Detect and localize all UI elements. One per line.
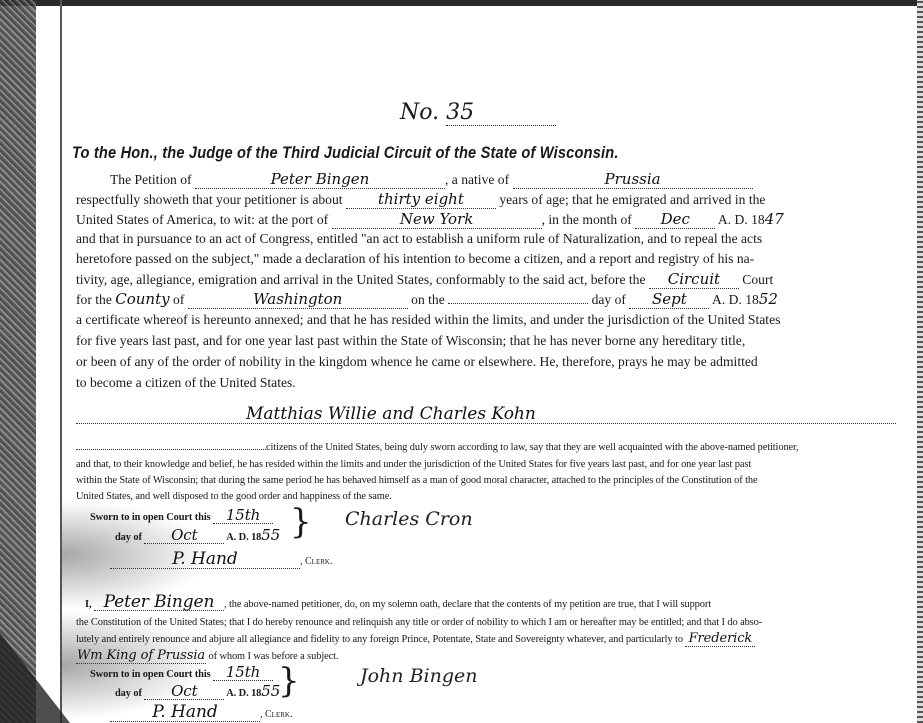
petition-line-3: United States of America, to wit: at the… [76,210,916,229]
scan-left-edge [0,0,36,723]
text: A. D. 18 [226,688,261,699]
text: day of [592,292,626,307]
witness-names-line: Matthias Willie and Charles Kohn [76,405,916,424]
text: The Petition of [110,172,192,187]
declaration-month: Sept [629,290,709,309]
brace: } [278,664,300,698]
petition-line-10: or been of any of the order of nobility … [76,353,916,371]
oath-clerk-line: P. Hand, Clerk. [110,703,923,723]
number-label: No. [400,100,439,125]
text: A. D. 18 [712,292,759,307]
oath-line-2: the Constitution of the United States; t… [76,615,916,630]
arrival-port: New York [332,210,542,229]
petition-line-4: and that in pursuance to an act of Congr… [76,230,916,248]
oath-clerk-name: P. Hand [110,703,260,722]
scan-top-edge [0,0,923,6]
oath-petitioner-name: Peter Bingen [94,595,224,611]
petition-line-1: The Petition of Peter Bingen, a native o… [110,170,923,189]
petition-line-6: tivity, age, allegiance, emigration and … [76,270,916,289]
oath-line-4: Wm King of Prussia of whom I was before … [76,648,916,664]
oath-sworn-line-2: day of Oct A. D. 1855 [115,684,923,701]
oath-sworn-month: Oct [144,684,224,700]
sovereign-name: Frederick [685,631,755,647]
declaration-day [448,303,588,304]
text: citizens of the United States, being dul… [266,442,799,453]
text: , the above-named petitioner, do, on my … [224,599,711,610]
county-label: County [115,290,169,308]
clerk-label: , Clerk. [260,709,292,720]
county-name: Washington [188,290,408,309]
petition-line-5: heretofore passed on the subject," made … [76,250,916,268]
text: Court [742,272,773,287]
petition-number: No. 35 [400,100,556,126]
text: , a native of [445,172,509,187]
witness-sworn-line-1: Sworn to in open Court this 15th [90,508,923,525]
text: years of age; that he emigrated and arri… [499,192,765,207]
text: Sworn to in open Court this [90,669,211,680]
petition-line-9: for five years last past, and for one ye… [76,332,916,350]
witness-clerk-line: P. Hand, Clerk. [110,550,923,571]
text: lutely and entirely renounce and abjure … [76,634,683,645]
blank [76,449,266,450]
text: I, [85,599,91,610]
petitioner-signature: John Bingen [360,665,478,687]
petition-line-7: for the County of Washington on the day … [76,290,916,309]
text: A. D. 18 [718,212,765,227]
text: of [173,292,184,307]
document-title: To the Hon., the Judge of the Third Judi… [72,143,619,163]
petitioner-age: thirty eight [346,190,496,209]
oath-sworn-day: 15th [213,665,273,681]
declaration-year: 52 [759,290,778,308]
witness-clerk-name: P. Hand [110,550,300,569]
petition-line-11: to become a citizen of the United States… [76,374,916,392]
petitioner-name: Peter Bingen [195,170,445,189]
oath-line-1: I, Peter Bingen, the above-named petitio… [85,595,923,612]
witness-sworn-month: Oct [144,528,224,544]
arrival-year: 47 [765,210,784,228]
text: Sworn to in open Court this [90,512,211,523]
arrival-month: Dec [635,210,715,229]
scan-corner-shadow [0,633,70,723]
witness-sworn-line-2: day of Oct A. D. 1855 [115,528,923,545]
clerk-label: , Clerk. [300,556,332,567]
oath-line-3: lutely and entirely renounce and abjure … [76,631,916,647]
sovereign-title: Wm King of Prussia [76,648,206,664]
text: , in the month of [542,212,632,227]
witness-statement-4: United States, and well disposed to the … [76,489,916,504]
text: A. D. 18 [226,532,261,543]
scan-right-edge [917,0,923,723]
witness-statement-2: and that, to their knowledge and belief,… [76,457,916,472]
number-value: 35 [446,100,556,126]
text: for the [76,292,112,307]
text: on the [411,292,445,307]
text: day of [115,532,142,543]
witness-signature: Charles Cron [345,508,473,530]
petition-line-2: respectfully showeth that your petitione… [76,190,916,209]
text: United States of America, to wit: at the… [76,212,328,227]
oath-sworn-line-1: Sworn to in open Court this 15th [90,665,923,682]
text: of whom I was before a subject. [209,651,339,662]
witness-sworn-day: 15th [213,508,273,524]
witness-names: Matthias Willie and Charles Kohn [76,405,896,424]
petition-line-8: a certificate whereof is hereunto annexe… [76,311,916,329]
witness-statement-1: citizens of the United States, being dul… [76,440,916,455]
witness-sworn-year: 55 [261,526,280,544]
court-type: Circuit [649,270,739,289]
text: respectfully showeth that your petitione… [76,192,343,207]
text: tivity, age, allegiance, emigration and … [76,272,645,287]
text: day of [115,688,142,699]
witness-statement-3: within the State of Wisconsin; that duri… [76,473,916,488]
native-of: Prussia [513,170,753,189]
brace: } [290,505,312,539]
